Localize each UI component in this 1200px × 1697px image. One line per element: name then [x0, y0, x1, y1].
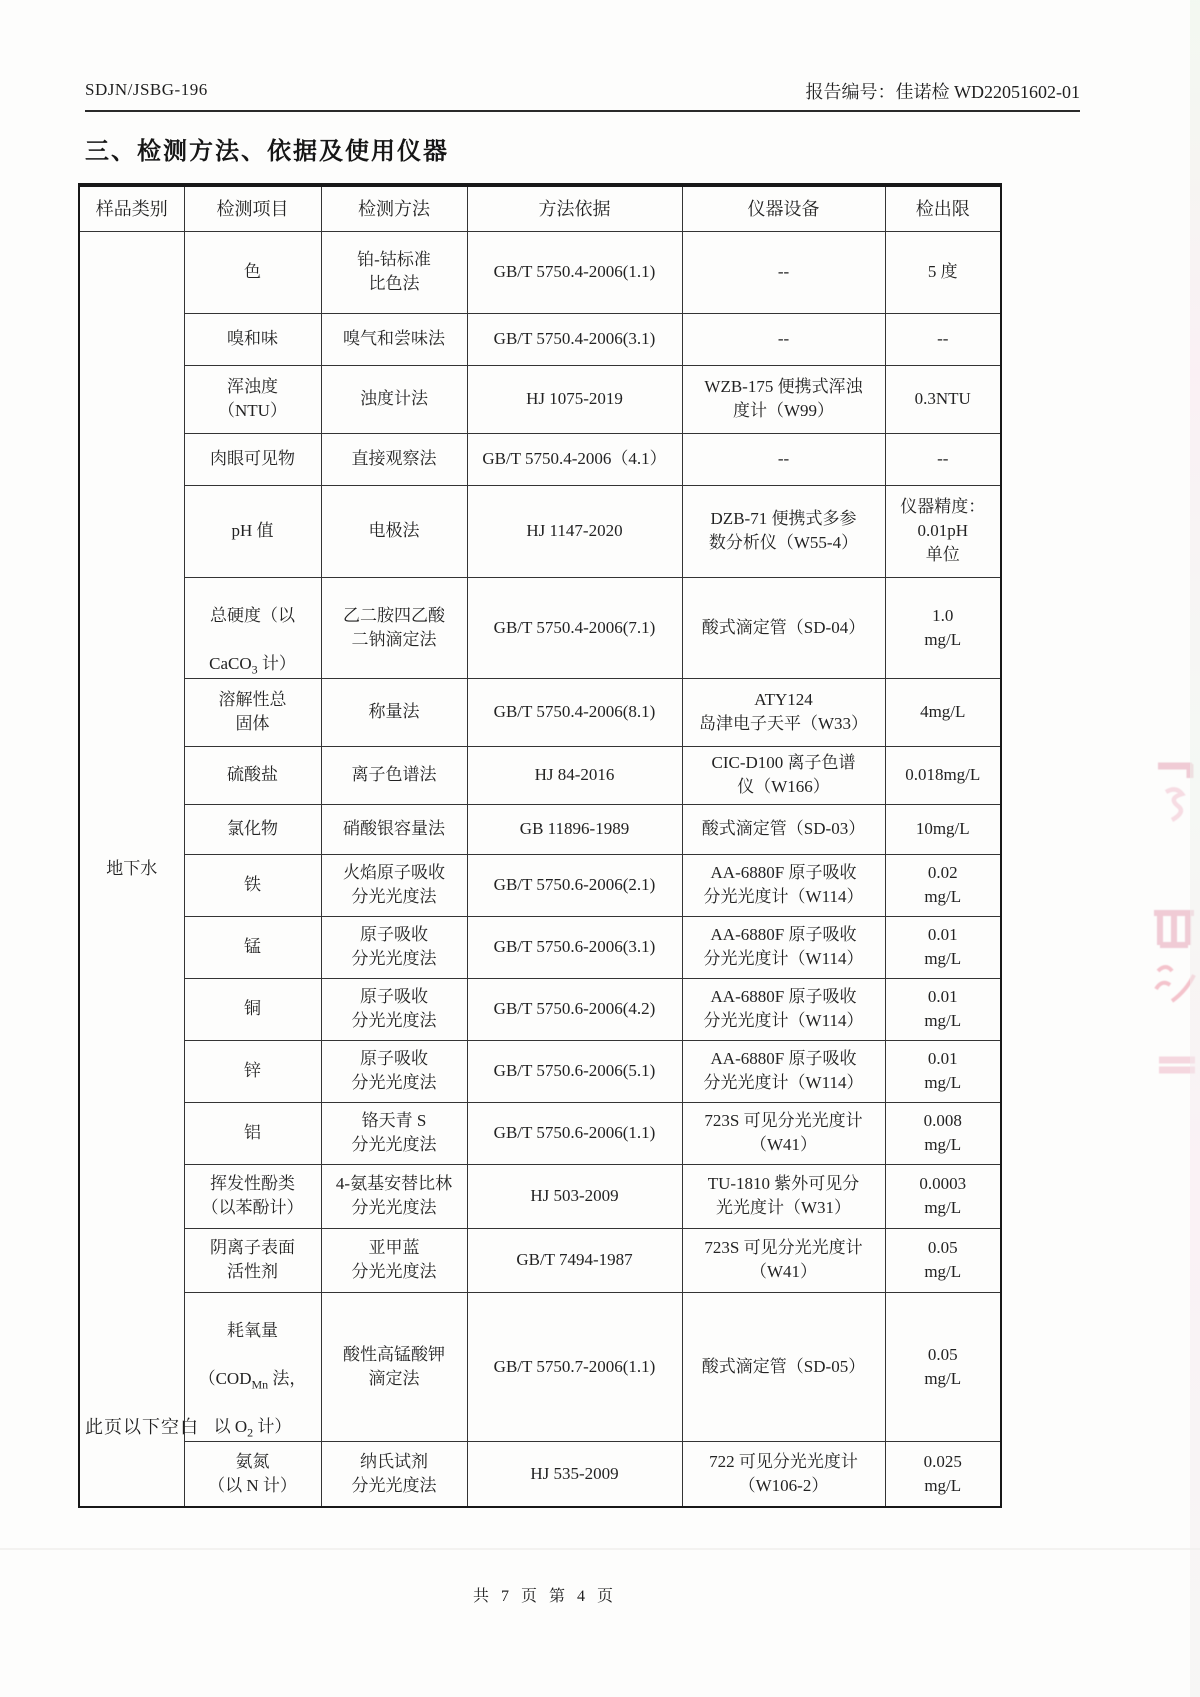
cell-method: 原子吸收 分光光度法 [321, 978, 467, 1040]
cell-instrument: AA-6880F 原子吸收 分光光度计（W114） [682, 1040, 885, 1102]
cell-method: 称量法 [321, 678, 467, 746]
cell-basis: GB/T 7494-1987 [467, 1228, 682, 1292]
cell-method: 火焰原子吸收 分光光度法 [321, 854, 467, 916]
cell-limit: 5 度 [885, 231, 1001, 313]
cell-method: 电极法 [321, 485, 467, 577]
cell-instrument: AA-6880F 原子吸收 分光光度计（W114） [682, 854, 885, 916]
table-row: 锰 原子吸收 分光光度法 GB/T 5750.6-2006(3.1) AA-68… [79, 916, 1001, 978]
cell-instrument: -- [682, 313, 885, 365]
table-row: 硫酸盐 离子色谱法 HJ 84-2016 CIC-D100 离子色谱 仪（W16… [79, 746, 1001, 804]
table-row: 肉眼可见物 直接观察法 GB/T 5750.4-2006（4.1） -- -- [79, 433, 1001, 485]
cell-instrument: WZB-175 便携式浑浊 度计（W99） [682, 365, 885, 433]
cell-method: 硝酸银容量法 [321, 804, 467, 854]
cell-item: 铜 [184, 978, 321, 1040]
text-part: 总硬度（以 [210, 606, 295, 625]
cell-instrument: AA-6880F 原子吸收 分光光度计（W114） [682, 978, 885, 1040]
cell-item: 铁 [184, 854, 321, 916]
col-header-basis: 方法依据 [467, 185, 682, 231]
cell-item: pH 值 [184, 485, 321, 577]
cell-item: 色 [184, 231, 321, 313]
cell-limit: 0.0003 mg/L [885, 1164, 1001, 1228]
cell-method: 酸性高锰酸钾 滴定法 [321, 1292, 467, 1441]
cell-method: 直接观察法 [321, 433, 467, 485]
text-part: 计） [253, 1417, 291, 1436]
cell-method: 乙二胺四乙酸 二钠滴定法 [321, 577, 467, 678]
cell-limit: 10mg/L [885, 804, 1001, 854]
report-number: 报告编号：佳诺检 WD22051602-01 [806, 78, 1080, 104]
cell-limit: -- [885, 433, 1001, 485]
col-header-sample-category: 样品类别 [79, 185, 184, 231]
cell-limit: 0.018mg/L [885, 746, 1001, 804]
cell-instrument: TU-1810 紫外可见分 光光度计（W31） [682, 1164, 885, 1228]
cell-basis: GB/T 5750.6-2006(5.1) [467, 1040, 682, 1102]
scan-edge-noise [1190, 0, 1200, 1697]
cell-method: 原子吸收 分光光度法 [321, 916, 467, 978]
below-blank-note: 此页以下空白 [85, 1413, 199, 1439]
cell-limit: 4mg/L [885, 678, 1001, 746]
cell-basis: GB/T 5750.6-2006(4.2) [467, 978, 682, 1040]
header-rule [85, 110, 1080, 112]
cell-item: 肉眼可见物 [184, 433, 321, 485]
cell-basis: GB/T 5750.4-2006(7.1) [467, 577, 682, 678]
cell-method: 4-氨基安替比林 分光光度法 [321, 1164, 467, 1228]
cell-basis: GB/T 5750.4-2006(3.1) [467, 313, 682, 365]
cell-limit: 0.01 mg/L [885, 916, 1001, 978]
cell-item: 溶解性总 固体 [184, 678, 321, 746]
cell-limit: 0.01 mg/L [885, 1040, 1001, 1102]
text-part: 计） [258, 654, 296, 673]
table-row: 浑浊度 （NTU） 浊度计法 HJ 1075-2019 WZB-175 便携式浑… [79, 365, 1001, 433]
cell-method: 纳氏试剂 分光光度法 [321, 1441, 467, 1507]
table-row: 铁 火焰原子吸收 分光光度法 GB/T 5750.6-2006(2.1) AA-… [79, 854, 1001, 916]
table-row: 耗氧量 （CODMn 法， 以 O2 计） 酸性高锰酸钾 滴定法 GB/T 57… [79, 1292, 1001, 1441]
table-row: 地下水 色 铂-钴标准 比色法 GB/T 5750.4-2006(1.1) --… [79, 231, 1001, 313]
text-part: CaCO [209, 654, 252, 673]
cell-method: 离子色谱法 [321, 746, 467, 804]
cell-method: 铂-钴标准 比色法 [321, 231, 467, 313]
cell-basis: HJ 1075-2019 [467, 365, 682, 433]
table-row: 氯化物 硝酸银容量法 GB 11896-1989 酸式滴定管（SD-03） 10… [79, 804, 1001, 854]
text-part: 耗氧量 [227, 1321, 278, 1340]
cell-basis: GB/T 5750.6-2006(3.1) [467, 916, 682, 978]
cell-item: 挥发性酚类 （以苯酚计） [184, 1164, 321, 1228]
cell-basis: GB/T 5750.4-2006(8.1) [467, 678, 682, 746]
cell-item: 锰 [184, 916, 321, 978]
cell-limit: 0.02 mg/L [885, 854, 1001, 916]
cell-limit: 0.05 mg/L [885, 1292, 1001, 1441]
cell-basis: GB/T 5750.6-2006(1.1) [467, 1102, 682, 1164]
cell-basis: GB 11896-1989 [467, 804, 682, 854]
cell-limit: 0.01 mg/L [885, 978, 1001, 1040]
page-number: 共 7 页 第 4 页 [0, 1583, 1090, 1606]
cell-item: 阴离子表面 活性剂 [184, 1228, 321, 1292]
report-page: SDJN/JSBG-196 报告编号：佳诺检 WD22051602-01 三、检… [0, 0, 1200, 1697]
cell-instrument: DZB-71 便携式多参 数分析仪（W55-4） [682, 485, 885, 577]
cell-method: 铬天青 S 分光光度法 [321, 1102, 467, 1164]
cell-limit: 0.05 mg/L [885, 1228, 1001, 1292]
table-header-row: 样品类别 检测项目 检测方法 方法依据 仪器设备 检出限 [79, 185, 1001, 231]
cell-limit: 0.3NTU [885, 365, 1001, 433]
cell-basis: HJ 535-2009 [467, 1441, 682, 1507]
cell-instrument: CIC-D100 离子色谱 仪（W166） [682, 746, 885, 804]
cell-item: 浑浊度 （NTU） [184, 365, 321, 433]
cell-instrument: 酸式滴定管（SD-03） [682, 804, 885, 854]
table-row: 铝 铬天青 S 分光光度法 GB/T 5750.6-2006(1.1) 723S… [79, 1102, 1001, 1164]
table-row: 溶解性总 固体 称量法 GB/T 5750.4-2006(8.1) ATY124… [79, 678, 1001, 746]
sample-category-cell: 地下水 [79, 231, 184, 1507]
cell-instrument: -- [682, 231, 885, 313]
cell-item: 耗氧量 （CODMn 法， 以 O2 计） [184, 1292, 321, 1441]
cell-instrument: -- [682, 433, 885, 485]
table-row: 氨氮 （以 N 计） 纳氏试剂 分光光度法 HJ 535-2009 722 可见… [79, 1441, 1001, 1507]
cell-instrument: 723S 可见分光光度计 （W41） [682, 1228, 885, 1292]
cell-item: 锌 [184, 1040, 321, 1102]
cell-instrument: 722 可见分光光度计 （W106-2） [682, 1441, 885, 1507]
scan-fold-line [0, 1548, 1200, 1550]
cell-item: 氯化物 [184, 804, 321, 854]
cell-basis: HJ 503-2009 [467, 1164, 682, 1228]
cell-instrument: 酸式滴定管（SD-04） [682, 577, 885, 678]
cell-instrument: AA-6880F 原子吸收 分光光度计（W114） [682, 916, 885, 978]
cell-limit: 0.008 mg/L [885, 1102, 1001, 1164]
cell-item: 总硬度（以 CaCO3 计） [184, 577, 321, 678]
doc-code: SDJN/JSBG-196 [85, 80, 208, 100]
cell-method: 嗅气和尝味法 [321, 313, 467, 365]
col-header-instrument: 仪器设备 [682, 185, 885, 231]
table-row: 嗅和味 嗅气和尝味法 GB/T 5750.4-2006(3.1) -- -- [79, 313, 1001, 365]
table-row: 挥发性酚类 （以苯酚计） 4-氨基安替比林 分光光度法 HJ 503-2009 … [79, 1164, 1001, 1228]
cell-method: 浊度计法 [321, 365, 467, 433]
col-header-limit: 检出限 [885, 185, 1001, 231]
cell-item: 铝 [184, 1102, 321, 1164]
text-part: 以 O [214, 1417, 248, 1436]
cell-limit: -- [885, 313, 1001, 365]
page-header: SDJN/JSBG-196 报告编号：佳诺检 WD22051602-01 [85, 78, 1080, 108]
table-row: 锌 原子吸收 分光光度法 GB/T 5750.6-2006(5.1) AA-68… [79, 1040, 1001, 1102]
cell-method: 亚甲蓝 分光光度法 [321, 1228, 467, 1292]
section-title: 三、检测方法、依据及使用仪器 [85, 131, 449, 166]
cell-method: 原子吸收 分光光度法 [321, 1040, 467, 1102]
text-part: （COD [199, 1369, 252, 1388]
cell-basis: GB/T 5750.7-2006(1.1) [467, 1292, 682, 1441]
cell-item: 嗅和味 [184, 313, 321, 365]
methods-table: 样品类别 检测项目 检测方法 方法依据 仪器设备 检出限 地下水 色 铂-钴标准… [78, 183, 1002, 1508]
cell-instrument: 723S 可见分光光度计 （W41） [682, 1102, 885, 1164]
col-header-method: 检测方法 [321, 185, 467, 231]
cell-basis: HJ 1147-2020 [467, 485, 682, 577]
table-row: 阴离子表面 活性剂 亚甲蓝 分光光度法 GB/T 7494-1987 723S … [79, 1228, 1001, 1292]
col-header-item: 检测项目 [184, 185, 321, 231]
table-row: 铜 原子吸收 分光光度法 GB/T 5750.6-2006(4.2) AA-68… [79, 978, 1001, 1040]
subscript: Mn [251, 1377, 268, 1391]
cell-basis: HJ 84-2016 [467, 746, 682, 804]
cell-basis: GB/T 5750.4-2006（4.1） [467, 433, 682, 485]
cell-instrument: ATY124 岛津电子天平（W33） [682, 678, 885, 746]
cell-instrument: 酸式滴定管（SD-05） [682, 1292, 885, 1441]
cell-limit: 1.0 mg/L [885, 577, 1001, 678]
table-row: pH 值 电极法 HJ 1147-2020 DZB-71 便携式多参 数分析仪（… [79, 485, 1001, 577]
cell-basis: GB/T 5750.4-2006(1.1) [467, 231, 682, 313]
cell-item: 氨氮 （以 N 计） [184, 1441, 321, 1507]
cell-basis: GB/T 5750.6-2006(2.1) [467, 854, 682, 916]
text-part: 法， [268, 1369, 306, 1388]
cell-limit: 0.025 mg/L [885, 1441, 1001, 1507]
cell-item: 硫酸盐 [184, 746, 321, 804]
cell-limit: 仪器精度： 0.01pH 单位 [885, 485, 1001, 577]
table-row: 总硬度（以 CaCO3 计） 乙二胺四乙酸 二钠滴定法 GB/T 5750.4-… [79, 577, 1001, 678]
